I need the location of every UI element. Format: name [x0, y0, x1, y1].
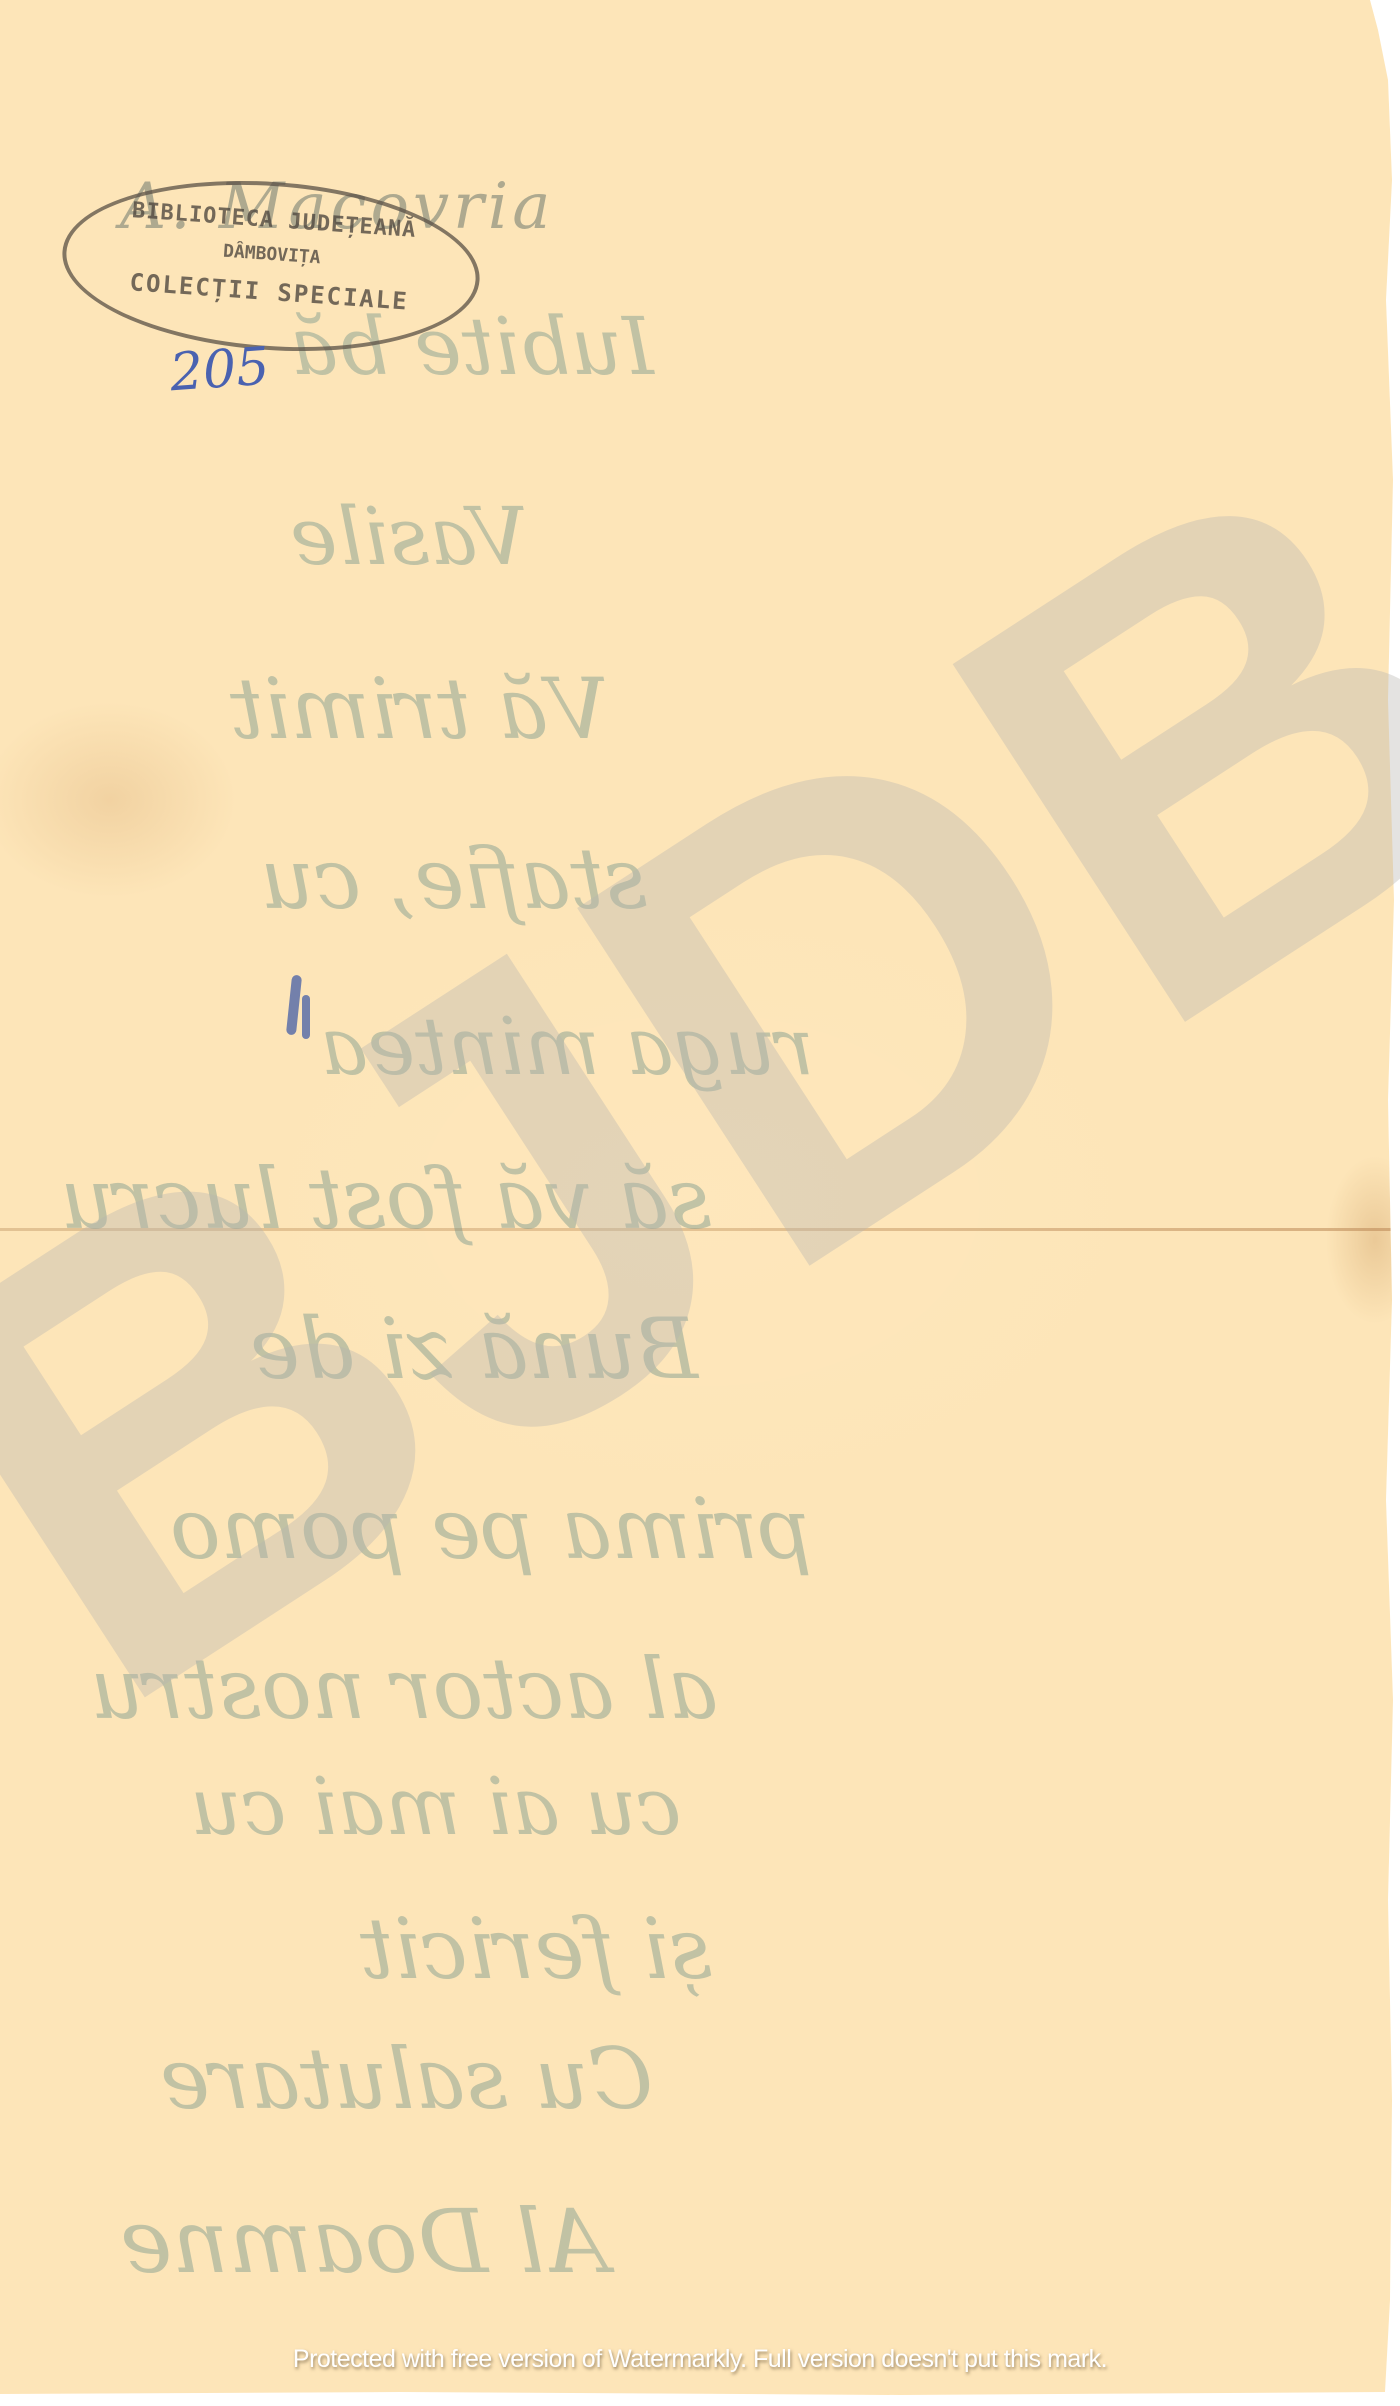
catalog-number: 205 [168, 337, 271, 404]
bleed-through-line: Cu salutare [160, 2030, 653, 2128]
bleed-through-line: al actor nostru [90, 1640, 718, 1738]
bleed-through-line: prima pe pomo [170, 1480, 812, 1578]
bleed-through-line: Vă trimit [230, 660, 609, 758]
watermark-footer-text: Protected with free version of Watermark… [0, 2345, 1400, 2374]
bleed-through-line: cu ai mai cu [190, 1760, 681, 1853]
ink-mark [287, 975, 315, 1045]
bleed-through-line: Bună zi de [250, 1300, 698, 1398]
scanned-document-page: Iubite bă Vasile Vă trimit stafie, cu ru… [0, 0, 1400, 2406]
bleed-through-line: și fericit [360, 1900, 712, 1998]
bleed-through-line: stafie, cu [260, 830, 647, 928]
bleed-through-line: Al Doamne [120, 2190, 608, 2293]
bleed-through-line: să vă fost lucru [60, 1150, 712, 1248]
bleed-through-line: ruga mintea [320, 1000, 814, 1093]
bleed-through-line: Vasile [290, 490, 528, 583]
